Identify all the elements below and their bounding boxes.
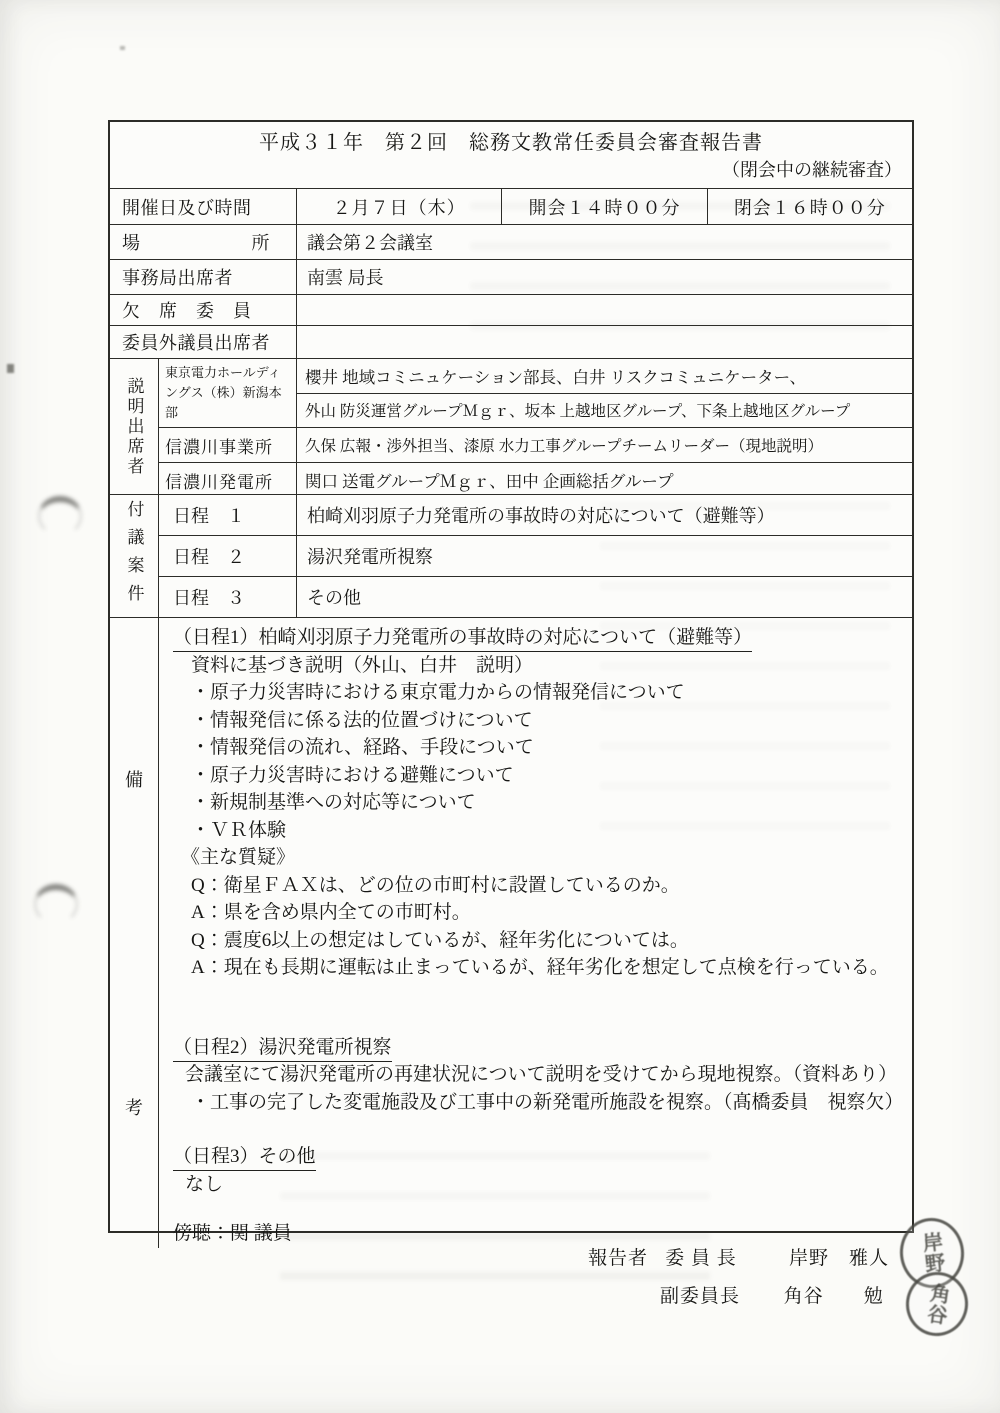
absent-label: 欠 席 委 員 <box>110 295 296 325</box>
title-block: 平成３１年 第２回 総務文教常任委員会審査報告書 （閉会中の継続審査） <box>110 122 912 188</box>
hatsudensho-org-cell: 信濃川発電所 <box>158 463 296 497</box>
reporter-label: 報告者 <box>588 1248 648 1269</box>
schedule-date: ２月７日（木） <box>296 189 501 224</box>
secretariat-row: 事務局出席者 南雲 局長 <box>110 259 912 294</box>
hatsudensho-presenters: 関口 送電グループＭｇｒ、田中 企画総括グループ <box>296 463 912 497</box>
agenda-side-label-cell: 付議案件 <box>110 495 158 617</box>
notes-line: なし <box>185 1171 906 1199</box>
presenter-group-tepco: 東京電力ホールディ ングス（株）新潟本部 櫻井 地域コミニュケーション部長、白井… <box>158 359 912 427</box>
tepco-presenters-1: 櫻井 地域コミニュケーション部長、白井 リスクコミュニケーター、 <box>297 359 912 393</box>
agenda-item-3: 日程 ３ その他 <box>158 576 912 617</box>
notes-line: ・ＶＲ体験 <box>191 817 906 845</box>
jigyosho-org-cell: 信濃川事業所 <box>158 428 296 462</box>
agenda-item-2-no: 日程 ２ <box>158 536 296 576</box>
schedule-row: 開催日及び時間 ２月７日（木） 開会１４時００分 閉会１６時００分 <box>110 188 912 224</box>
report-table: 平成３１年 第２回 総務文教常任委員会審査報告書 （閉会中の継続審査） 開催日及… <box>108 120 914 1233</box>
hatsudensho-org-label: 信濃川発電所 <box>165 468 290 493</box>
notes-qa-line: Q：衛星ＦＡＸは、どの位の市町村に設置しているのか。 <box>191 872 906 900</box>
jigyosho-org-label: 信濃川事業所 <box>165 433 290 458</box>
notes-content: （日程1）柏崎刈羽原子力発電所の事故時の対応について（避難等） 資料に基づき説明… <box>158 618 912 1248</box>
notes-heading-2: （日程2）湯沢発電所視察 <box>173 1034 906 1062</box>
notes-side-label-cell: 備 考 <box>110 618 158 1248</box>
jigyosho-presenters: 久保 広報・渉外担当、漆原 水力工事グループチームリーダー（現地説明） <box>296 428 912 462</box>
place-row: 場 所 議会第２会議室 <box>110 224 912 259</box>
hole-punch <box>34 884 78 924</box>
agenda-item-3-text: その他 <box>296 577 912 617</box>
notes-line: ・情報発信の流れ、経路、手段について <box>191 734 906 762</box>
agenda-side-label: 付議案件 <box>126 500 143 612</box>
hole-punch <box>38 496 82 536</box>
presenters-body: 東京電力ホールディ ングス（株）新潟本部 櫻井 地域コミニュケーション部長、白井… <box>158 359 912 494</box>
chair-title: 委 員 長 <box>665 1243 783 1270</box>
agenda-item-1-text: 柏崎刈羽原子力発電所の事故時の対応について（避難等） <box>296 495 912 535</box>
place-label: 場 所 <box>110 225 296 259</box>
tepco-org-cell: 東京電力ホールディ ングス（株）新潟本部 <box>158 359 296 427</box>
notes-line: 《主な質疑》 <box>181 844 906 872</box>
agenda-item-1: 日程 １ 柏崎刈羽原子力発電所の事故時の対応について（避難等） <box>158 495 912 535</box>
place-value: 議会第２会議室 <box>296 225 912 259</box>
notes-line: ・情報発信に係る法的位置づけについて <box>191 707 906 735</box>
agenda-item-1-no: 日程 １ <box>158 495 296 535</box>
agenda-item-2: 日程 ２ 湯沢発電所視察 <box>158 535 912 576</box>
presenter-group-hatsudensho: 信濃川発電所 関口 送電グループＭｇｒ、田中 企画総括グループ <box>158 462 912 497</box>
agenda-section: 付議案件 日程 １ 柏崎刈羽原子力発電所の事故時の対応について（避難等） 日程 … <box>110 494 912 617</box>
notes-section: 備 考 （日程1）柏崎刈羽原子力発電所の事故時の対応について（避難等） 資料に基… <box>110 617 912 1248</box>
agenda-item-3-no: 日程 ３ <box>158 577 296 617</box>
absent-row: 欠 席 委 員 <box>110 294 912 325</box>
scan-speck <box>120 46 125 50</box>
presenter-group-jigyosho: 信濃川事業所 久保 広報・渉外担当、漆原 水力工事グループチームリーダー（現地説… <box>158 427 912 462</box>
notes-line: ・原子力災害時における東京電力からの情報発信について <box>191 679 906 707</box>
schedule-open-time: 開会１４時００分 <box>501 189 706 224</box>
report-title: 平成３１年 第２回 総務文教常任委員会審査報告書 <box>120 126 902 155</box>
scanned-report-page: 平成３１年 第２回 総務文教常任委員会審査報告書 （閉会中の継続審査） 開催日及… <box>0 0 1000 1413</box>
tepco-presenters-2: 外山 防災運営グループＭｇｒ、坂本 上越地区グループ、下条上越地区グループ <box>297 393 912 428</box>
scan-speck <box>7 364 14 373</box>
vicechair-title: 副委員長 <box>660 1281 778 1308</box>
notes-line: ・新規制基準への対応等について <box>191 789 906 817</box>
notes-heading-3: （日程3）その他 <box>173 1143 906 1171</box>
presenters-side-label: 説明出席者 <box>126 377 143 477</box>
secretariat-label: 事務局出席者 <box>110 260 296 294</box>
nonmember-value <box>296 326 912 358</box>
notes-line: ・工事の完了した変電施設及び工事中の新発電所施設を視察。（髙橋委員 視察欠） <box>191 1089 906 1117</box>
absent-value <box>296 295 912 325</box>
notes-side-label-bottom: 考 <box>110 1094 158 1120</box>
tepco-presenter-lines: 櫻井 地域コミニュケーション部長、白井 リスクコミュニケーター、 外山 防災運営… <box>296 359 912 427</box>
agenda-body: 日程 １ 柏崎刈羽原子力発電所の事故時の対応について（避難等） 日程 ２ 湯沢発… <box>158 495 912 617</box>
report-subtitle: （閉会中の継続審査） <box>120 156 902 182</box>
presenters-section: 説明出席者 東京電力ホールディ ングス（株）新潟本部 櫻井 地域コミニュケーショ… <box>110 358 912 494</box>
notes-qa-line: A：現在も長期に運転は止まっているが、経年劣化を想定して点検を行っている。 <box>191 954 906 982</box>
notes-line: ・原子力災害時における避難について <box>191 762 906 790</box>
schedule-close-time: 閉会１６時００分 <box>707 189 912 224</box>
presenters-side-label-cell: 説明出席者 <box>110 359 158 494</box>
notes-heading-1: （日程1）柏崎刈羽原子力発電所の事故時の対応について（避難等） <box>173 624 906 652</box>
nonmember-row: 委員外議員出席者 <box>110 325 912 358</box>
notes-qa-line: A：県を含め県内全ての市町村。 <box>191 899 906 927</box>
nonmember-label: 委員外議員出席者 <box>110 326 296 358</box>
notes-line: 資料に基づき説明（外山、白井 説明） <box>191 652 906 680</box>
footer-vicechair-line: 副委員長 角谷 勉 <box>660 1281 934 1308</box>
notes-qa-line: Q：震度6以上の想定はしているが、経年劣化については。 <box>191 927 906 955</box>
schedule-label: 開催日及び時間 <box>110 189 296 224</box>
tepco-org-line1: 東京電力ホールディ <box>165 363 290 383</box>
notes-line: 会議室にて湯沢発電所の再建状況について説明を受けてから現地視察。（資料あり） <box>185 1061 906 1089</box>
footer-reporter-line: 報告者 委 員 長 岸野 雅人 <box>588 1243 939 1270</box>
tepco-org-line2: ングス（株）新潟本部 <box>165 383 290 423</box>
notes-side-label-top: 備 <box>110 766 158 792</box>
agenda-item-2-text: 湯沢発電所視察 <box>296 536 912 576</box>
secretariat-value: 南雲 局長 <box>296 260 912 294</box>
